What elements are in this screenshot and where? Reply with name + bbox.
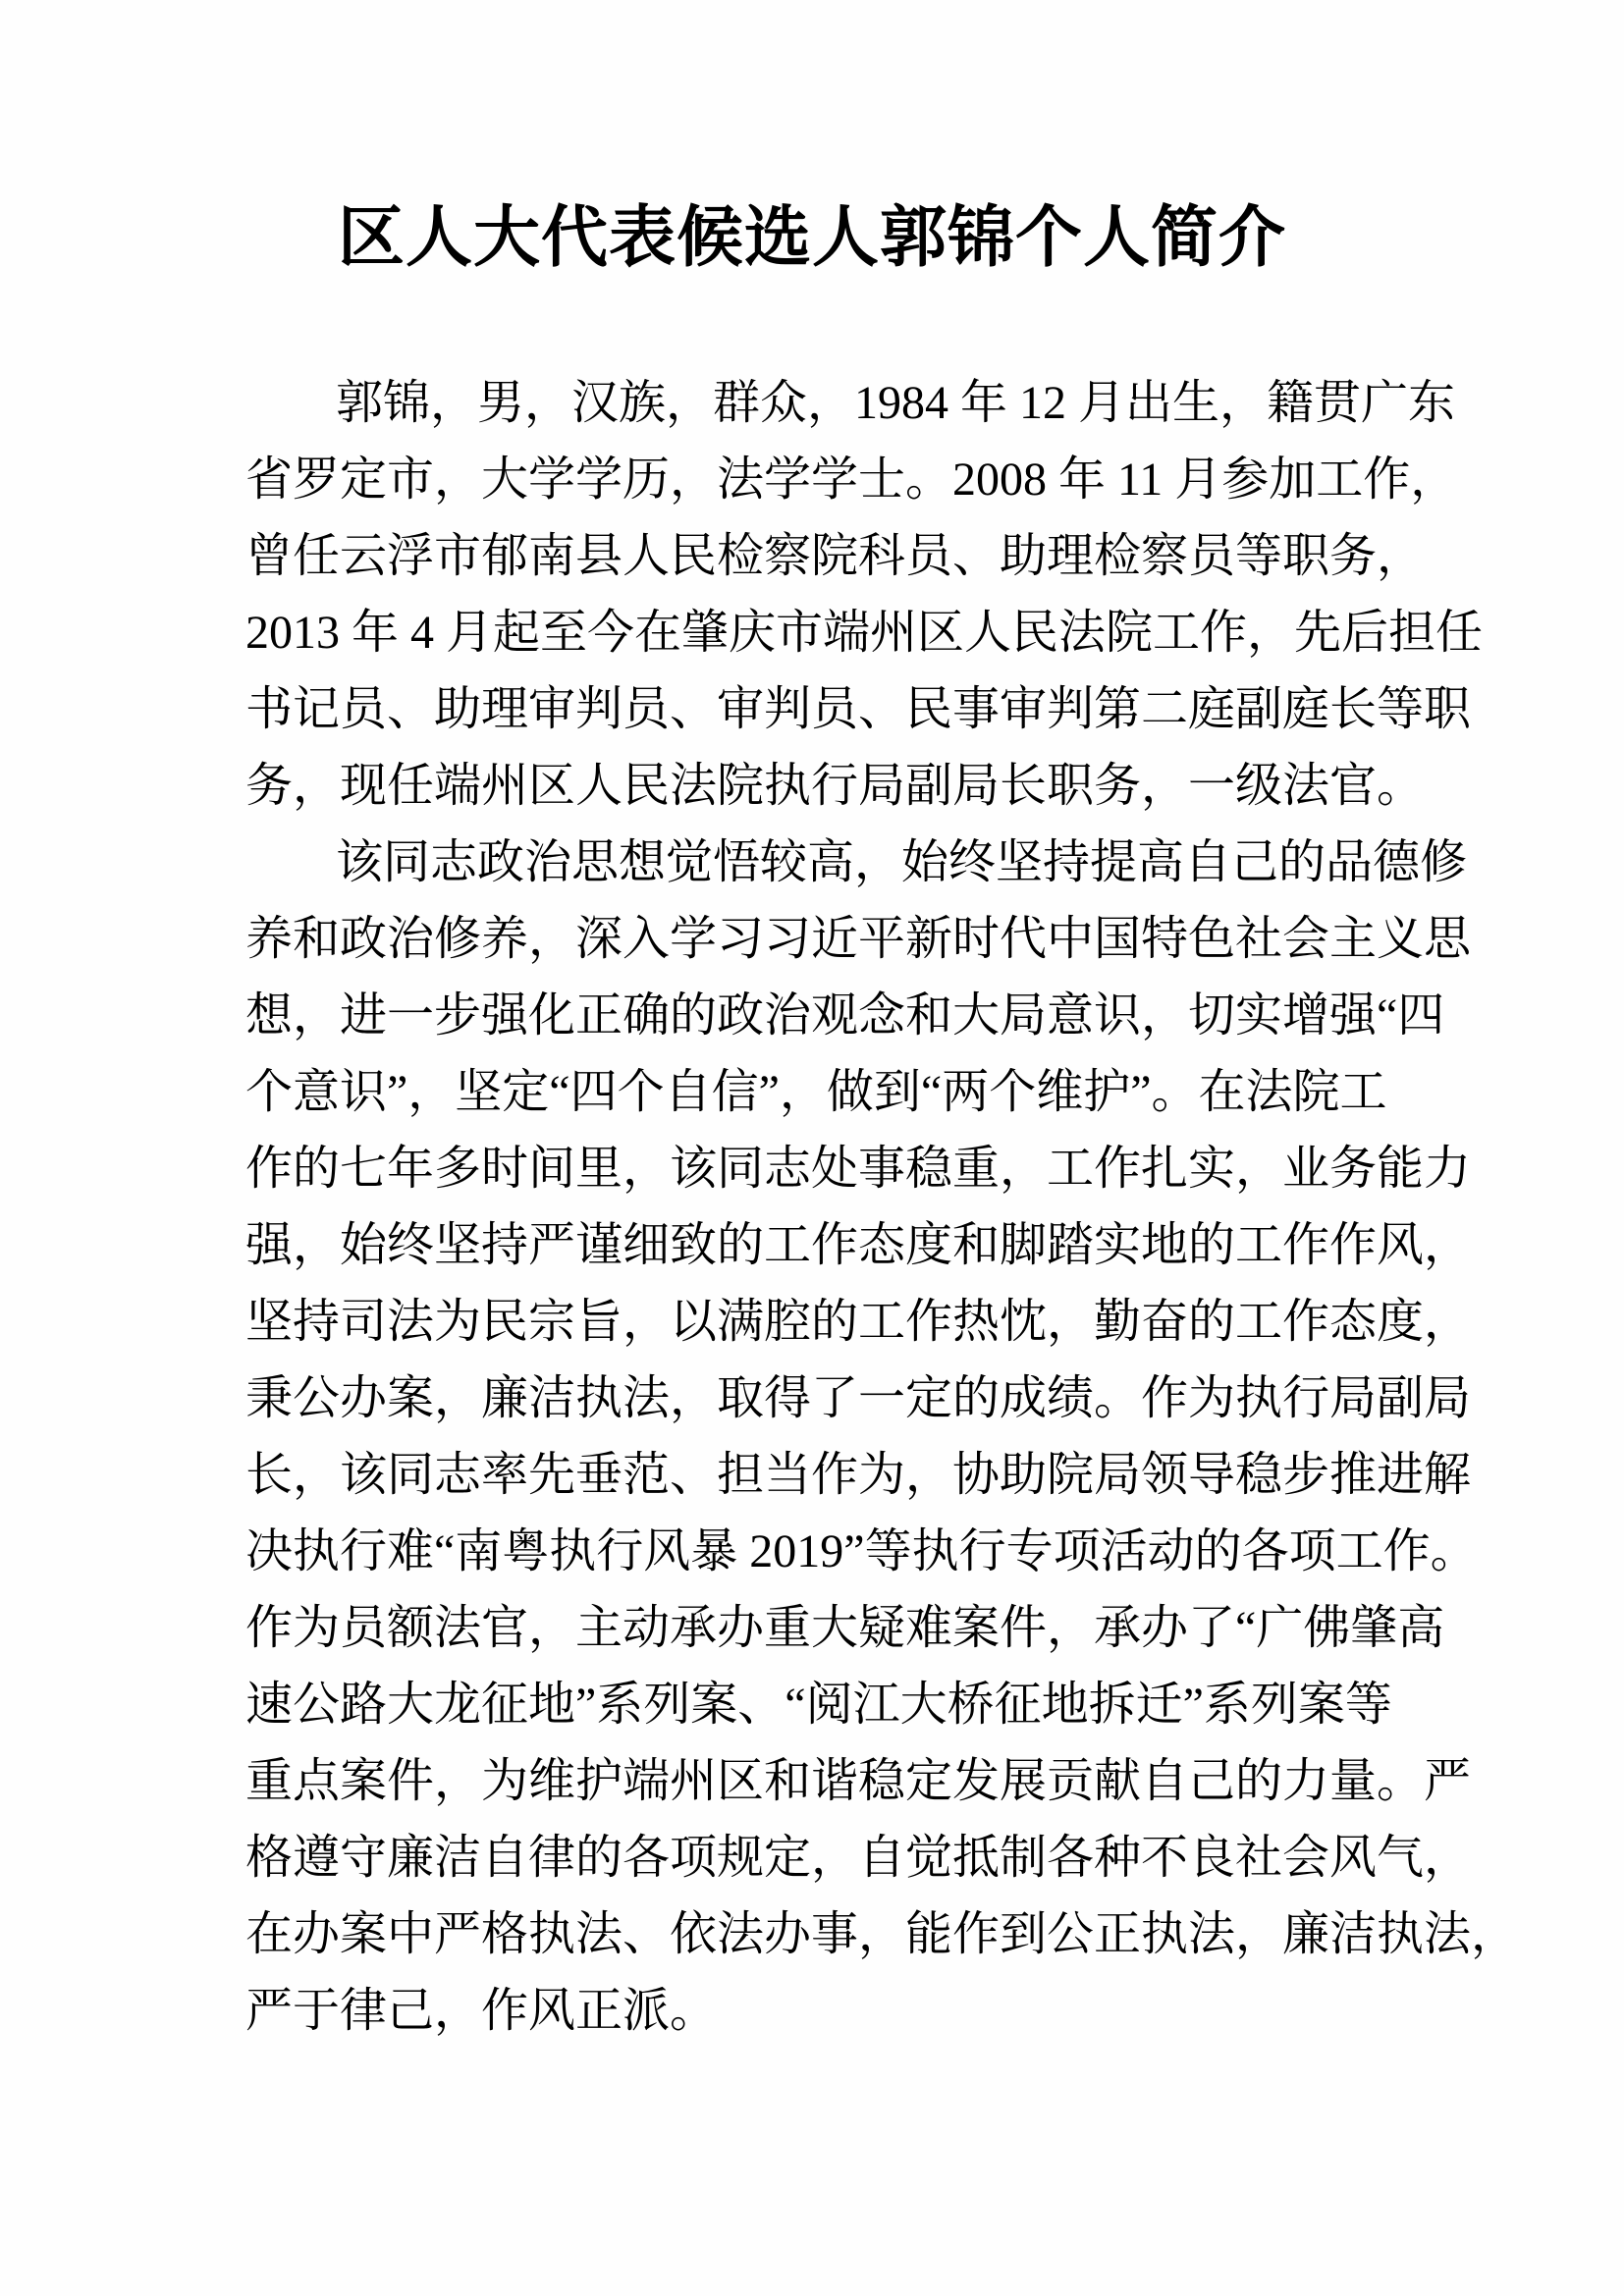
text-line: 该同志政治思想觉悟较高，始终坚持提高自己的品德修	[245, 825, 1380, 901]
text-line: 省罗定市，大学学历，法学学士。2008 年 11 月参加工作，	[245, 442, 1380, 518]
text-line: 决执行难“南粤执行风暴 2019”等执行专项活动的各项工作。	[245, 1514, 1380, 1590]
text-line: 书记员、助理审判员、审判员、民事审判第二庭副庭长等职	[245, 671, 1380, 748]
document-body: 郭锦，男，汉族，群众，1984 年 12 月出生，籍贯广东省罗定市，大学学历，法…	[245, 365, 1380, 2050]
text-line: 郭锦，男，汉族，群众，1984 年 12 月出生，籍贯广东	[245, 365, 1380, 442]
text-line: 强，始终坚持严谨细致的工作态度和脚踏实地的工作作风，	[245, 1207, 1380, 1284]
text-line: 个意识”，坚定“四个自信”，做到“两个维护”。在法院工	[245, 1054, 1380, 1131]
document-page: 区人大代表候选人郭锦个人简介 郭锦，男，汉族，群众，1984 年 12 月出生，…	[0, 0, 1624, 2296]
text-line: 速公路大龙征地”系列案、“阅江大桥征地拆迁”系列案等	[245, 1667, 1380, 1743]
text-line: 作的七年多时间里，该同志处事稳重，工作扎实，业务能力	[245, 1131, 1380, 1207]
text-line: 坚持司法为民宗旨，以满腔的工作热忱，勤奋的工作态度，	[245, 1284, 1380, 1361]
text-line: 想，进一步强化正确的政治观念和大局意识，切实增强“四	[245, 978, 1380, 1054]
text-line: 养和政治修养，深入学习习近平新时代中国特色社会主义思	[245, 901, 1380, 978]
text-line: 格遵守廉洁自律的各项规定，自觉抵制各种不良社会风气，	[245, 1820, 1380, 1896]
text-line: 严于律己，作风正派。	[245, 1973, 1380, 2050]
text-line: 秉公办案，廉洁执法，取得了一定的成绩。作为执行局副局	[245, 1361, 1380, 1437]
text-line: 作为员额法官，主动承办重大疑难案件，承办了“广佛肇高	[245, 1590, 1380, 1667]
text-line: 曾任云浮市郁南县人民检察院科员、助理检察员等职务，	[245, 518, 1380, 595]
text-line: 长，该同志率先垂范、担当作为，协助院局领导稳步推进解	[245, 1437, 1380, 1514]
document-title: 区人大代表候选人郭锦个人简介	[0, 192, 1624, 283]
text-line: 务，现任端州区人民法院执行局副局长职务，一级法官。	[245, 748, 1380, 825]
text-line: 重点案件，为维护端州区和谐稳定发展贡献自己的力量。严	[245, 1743, 1380, 1820]
text-line: 在办案中严格执法、依法办事，能作到公正执法，廉洁执法，	[245, 1896, 1380, 1973]
text-line: 2013 年 4 月起至今在肇庆市端州区人民法院工作，先后担任	[245, 595, 1380, 671]
